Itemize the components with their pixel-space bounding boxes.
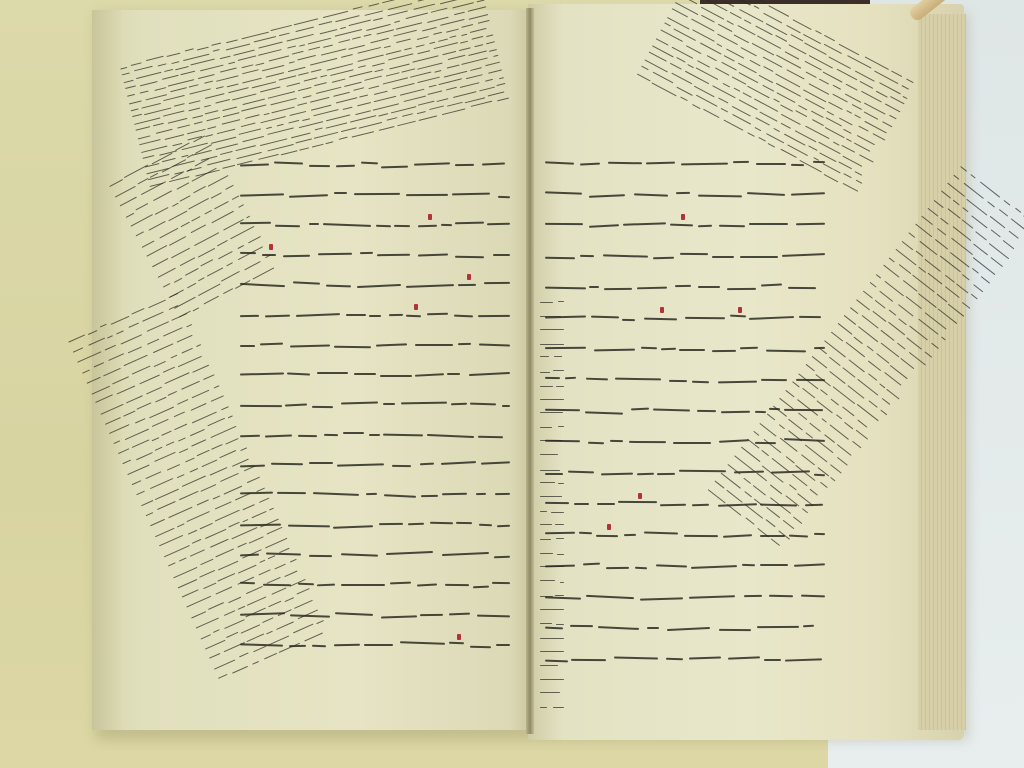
script-word — [445, 583, 469, 585]
marginal-note-word — [164, 372, 189, 384]
marginal-note-word — [144, 107, 171, 115]
marginal-note-word — [224, 642, 246, 652]
marginal-note-word — [427, 16, 448, 22]
marginal-note-word — [556, 538, 564, 539]
marginal-note-word — [188, 198, 209, 210]
script-word — [623, 223, 666, 226]
marginal-note-word — [152, 437, 160, 441]
marginal-note-word — [486, 34, 493, 37]
marginal-note-word — [823, 71, 843, 82]
script-word — [376, 225, 391, 228]
marginal-note-word — [540, 511, 547, 512]
script-word — [614, 656, 658, 659]
marginal-note-word — [289, 111, 306, 116]
rubric-mark — [467, 274, 471, 280]
marginal-note-word — [824, 340, 846, 357]
marginal-note-word — [375, 69, 384, 72]
marginal-note-word — [181, 221, 190, 227]
marginal-note-word — [177, 399, 188, 405]
marginal-note-word — [406, 13, 428, 19]
marginal-note-word — [168, 507, 192, 518]
marginal-note-word — [557, 554, 564, 555]
script-word — [634, 193, 668, 196]
script-word — [624, 533, 636, 535]
script-word — [601, 473, 633, 476]
script-word — [366, 492, 377, 494]
script-word — [383, 403, 395, 405]
script-word — [749, 316, 794, 320]
marginal-note-word — [718, 98, 728, 104]
script-word — [740, 256, 778, 258]
marginal-note-word — [232, 458, 249, 466]
script-word — [354, 193, 400, 195]
marginal-note-word — [860, 81, 874, 89]
marginal-note-word — [291, 51, 303, 55]
marginal-note-word — [656, 38, 669, 46]
marginal-note-word — [442, 109, 466, 116]
script-word — [289, 194, 328, 197]
script-word — [478, 315, 510, 317]
marginal-note-word — [785, 52, 800, 61]
script-word — [603, 255, 648, 258]
marginal-note-word — [311, 69, 321, 72]
script-word — [502, 405, 510, 407]
marginal-note-word — [220, 151, 233, 155]
marginal-note-word — [222, 106, 237, 111]
marginal-note-word — [179, 557, 187, 561]
script-word — [622, 318, 635, 320]
marginal-note-word — [73, 348, 84, 353]
marginal-note-word — [237, 55, 256, 61]
marginal-note-word — [364, 11, 382, 16]
marginal-note-word — [310, 58, 337, 66]
marginal-note-word — [489, 49, 497, 52]
marginal-note-word — [936, 294, 947, 303]
script-word — [580, 162, 601, 165]
marginal-note-word — [242, 70, 259, 75]
marginal-note-word — [928, 273, 942, 285]
marginal-note-word — [118, 449, 129, 455]
marginal-note-word — [136, 491, 144, 495]
script-word — [728, 657, 760, 660]
marginal-note-word — [180, 258, 195, 267]
marginal-note-word — [901, 241, 912, 250]
marginal-note-word — [945, 275, 955, 283]
script-word — [675, 285, 691, 287]
marginal-note-word — [297, 103, 308, 107]
marginal-note-word — [131, 108, 139, 111]
marginal-note-word — [818, 467, 830, 476]
script-word — [364, 644, 393, 646]
marginal-note-word — [454, 12, 465, 16]
marginal-note-word — [157, 501, 176, 510]
marginal-note-word — [108, 353, 124, 361]
marginal-note-word — [195, 232, 220, 246]
marginal-note-word — [896, 248, 917, 265]
marginal-note-word — [779, 398, 794, 410]
marginal-note-word — [841, 145, 855, 153]
script-word — [447, 373, 460, 375]
marginal-note-word — [540, 580, 555, 581]
script-word — [495, 493, 510, 495]
script-word — [586, 595, 634, 599]
marginal-note-word — [825, 127, 845, 138]
marginal-note-word — [956, 283, 968, 293]
marginal-note-word — [258, 49, 282, 56]
marginal-note-word — [738, 63, 757, 74]
marginal-note-word — [340, 27, 347, 30]
marginal-note-word — [146, 386, 161, 393]
marginal-note-word — [136, 452, 153, 460]
marginal-note-word — [846, 110, 852, 114]
marginal-note-word — [909, 352, 926, 366]
marginal-note-word — [773, 406, 787, 417]
marginal-note-word — [169, 235, 187, 245]
marginal-note-word — [262, 65, 285, 72]
script-word — [341, 402, 378, 405]
marginal-note-word — [195, 617, 218, 628]
script-word — [791, 192, 825, 195]
marginal-note-word — [188, 100, 200, 104]
script-word — [240, 435, 260, 437]
marginal-note-word — [854, 142, 871, 151]
marginal-note-word — [105, 345, 117, 351]
marginal-note-word — [389, 63, 410, 69]
marginal-note-word — [786, 389, 795, 396]
marginal-note-word — [824, 44, 843, 55]
marginal-note-word — [268, 55, 289, 61]
marginal-note-word — [285, 570, 298, 577]
marginal-note-word — [132, 480, 142, 485]
marginal-note-word — [100, 404, 123, 415]
marginal-note-word — [349, 44, 365, 49]
marginal-note-word — [235, 145, 256, 151]
marginal-note-word — [189, 89, 211, 95]
marginal-note-word — [150, 478, 174, 489]
marginal-note-word — [723, 83, 730, 87]
script-word — [583, 563, 600, 566]
marginal-note-word — [653, 72, 673, 84]
script-word — [390, 582, 411, 585]
marginal-note-word — [128, 323, 138, 328]
script-word — [589, 194, 625, 198]
marginal-note-word — [447, 102, 462, 107]
marginal-note-word — [730, 12, 743, 19]
marginal-note-word — [753, 431, 759, 436]
marginal-note-word — [169, 293, 178, 298]
script-word — [478, 435, 503, 437]
marginal-note-word — [316, 620, 324, 624]
marginal-note-word — [171, 61, 180, 64]
marginal-note-word — [378, 126, 394, 131]
marginal-note-word — [899, 318, 907, 325]
marginal-note-word — [388, 3, 413, 10]
book-gutter — [526, 8, 534, 734]
script-word — [401, 402, 447, 405]
marginal-note-word — [333, 92, 350, 97]
marginal-note-word — [135, 418, 146, 423]
marginal-note-word — [429, 42, 435, 44]
marginal-note-word — [232, 195, 239, 199]
marginal-note-word — [124, 80, 134, 83]
marginal-note-word — [915, 223, 932, 237]
script-word — [679, 349, 705, 351]
marginal-note-word — [192, 440, 207, 447]
marginal-note-word — [964, 182, 984, 198]
script-word — [679, 470, 726, 473]
marginal-note-word — [296, 138, 312, 143]
marginal-note-word — [308, 38, 331, 45]
marginal-note-word — [192, 167, 217, 181]
marginal-note-word — [1003, 240, 1014, 249]
marginal-note-word — [433, 32, 442, 35]
marginal-note-word — [879, 291, 893, 302]
script-word — [360, 252, 373, 254]
marginal-note-word — [908, 232, 915, 238]
marginal-note-word — [810, 489, 818, 495]
marginal-note-word — [131, 366, 150, 375]
marginal-note-word — [293, 624, 313, 634]
marginal-note-word — [717, 24, 732, 33]
marginal-note-word — [697, 60, 710, 68]
script-word — [570, 625, 593, 627]
marginal-note-word — [218, 573, 236, 582]
marginal-note-word — [812, 356, 828, 369]
marginal-note-word — [138, 178, 148, 184]
marginal-note-word — [829, 424, 849, 440]
marginal-note-word — [210, 136, 236, 143]
script-word — [545, 287, 586, 290]
marginal-note-word — [171, 313, 187, 321]
marginal-note-word — [218, 251, 232, 259]
marginal-note-word — [540, 386, 553, 387]
marginal-note-word — [191, 225, 207, 234]
marginal-note-word — [440, 18, 465, 25]
marginal-note-word — [397, 121, 416, 127]
marginal-note-word — [215, 201, 229, 209]
marginal-note-word — [775, 35, 787, 42]
gutter-margin-column — [540, 300, 564, 720]
marginal-note-word — [239, 653, 248, 658]
marginal-note-word — [178, 437, 186, 441]
marginal-note-word — [707, 489, 725, 503]
marginal-note-word — [553, 707, 564, 708]
script-word — [442, 552, 489, 556]
marginal-note-word — [868, 374, 877, 381]
marginal-note-word — [394, 21, 400, 24]
marginal-note-word — [180, 195, 191, 201]
marginal-note-word — [440, 0, 462, 5]
marginal-note-word — [230, 226, 254, 239]
script-word — [580, 255, 595, 257]
marginal-note-word — [259, 498, 269, 503]
marginal-note-word — [226, 262, 233, 266]
marginal-note-word — [308, 47, 320, 51]
marginal-note-word — [844, 315, 856, 325]
marginal-note-word — [885, 104, 900, 113]
marginal-note-word — [945, 287, 960, 299]
script-word — [288, 525, 330, 528]
marginal-note-word — [812, 119, 824, 126]
marginal-note-word — [721, 108, 728, 112]
marginal-note-word — [298, 610, 318, 620]
script-word — [680, 253, 708, 255]
marginal-note-word — [216, 549, 235, 558]
script-word — [766, 350, 806, 353]
marginal-note-word — [962, 219, 974, 228]
marginal-note-word — [156, 129, 173, 134]
marginal-note-word — [551, 512, 564, 513]
marginal-note-word — [937, 228, 947, 236]
marginal-note-word — [233, 50, 254, 56]
marginal-note-word — [781, 123, 791, 129]
marginal-note-word — [806, 432, 814, 438]
marginal-note-word — [182, 476, 205, 487]
marginal-note-word — [174, 423, 187, 430]
marginal-note-word — [131, 62, 142, 66]
marginal-note-word — [355, 110, 370, 115]
script-word — [406, 194, 448, 196]
marginal-note-word — [388, 53, 414, 60]
marginal-note-word — [146, 512, 153, 516]
marginal-note-word — [220, 68, 237, 73]
marginal-note-word — [858, 126, 869, 132]
script-word — [656, 564, 687, 567]
marginal-note-word — [843, 173, 852, 178]
marginal-note-word — [789, 484, 797, 490]
marginal-note-word — [136, 127, 151, 132]
script-word — [698, 286, 720, 288]
marginal-note-word — [335, 29, 362, 37]
marginal-note-word — [140, 375, 160, 385]
marginal-note-word — [134, 66, 153, 72]
marginal-note-word — [879, 383, 885, 388]
script-word — [647, 627, 659, 629]
marginal-note-word — [696, 95, 718, 107]
marginal-note-word — [742, 92, 751, 98]
script-word — [545, 257, 575, 260]
marginal-note-word — [203, 295, 219, 304]
marginal-note-word — [446, 29, 459, 33]
marginal-note-word — [187, 283, 196, 288]
marginal-note-word — [290, 559, 297, 563]
marginal-note-word — [989, 243, 1009, 259]
marginal-note-word — [382, 0, 395, 3]
script-word — [312, 406, 333, 408]
marginal-note-word — [714, 68, 729, 76]
marginal-note-word — [882, 121, 892, 127]
marginal-note-word — [555, 524, 564, 525]
marginal-note-word — [312, 144, 324, 148]
marginal-note-word — [192, 216, 201, 222]
marginal-note-word — [279, 33, 290, 37]
script-word — [657, 473, 675, 475]
marginal-note-word — [310, 97, 330, 103]
marginal-note-word — [867, 346, 874, 352]
script-word — [334, 644, 360, 647]
marginal-note-word — [142, 103, 162, 109]
marginal-note-word — [226, 39, 238, 43]
script-word — [494, 555, 510, 558]
marginal-note-word — [766, 133, 784, 143]
marginal-note-word — [132, 439, 150, 448]
marginal-note-word — [153, 361, 166, 367]
marginal-note-word — [820, 390, 828, 396]
marginal-note-word — [403, 95, 426, 102]
marginal-note-word — [321, 48, 347, 55]
script-word — [415, 373, 444, 376]
marginal-note-word — [249, 537, 264, 544]
marginal-note-word — [759, 423, 776, 437]
marginal-note-word — [271, 106, 294, 113]
marginal-note-word — [260, 116, 285, 123]
marginal-note-word — [224, 619, 245, 629]
script-word — [493, 254, 510, 256]
script-word — [458, 342, 471, 344]
marginal-note-word — [932, 343, 939, 349]
marginal-note-word — [703, 109, 719, 118]
marginal-note-word — [888, 322, 905, 336]
script-word — [796, 223, 825, 226]
marginal-note-word — [161, 430, 171, 435]
marginal-note-word — [941, 190, 951, 198]
marginal-note-word — [378, 113, 388, 116]
script-word — [479, 524, 492, 526]
marginal-note-word — [687, 64, 694, 68]
marginal-note-word — [350, 115, 376, 122]
script-word — [240, 373, 284, 376]
marginal-note-word — [438, 39, 448, 42]
marginal-note-word — [341, 127, 357, 132]
marginal-note-word — [208, 602, 224, 610]
script-word — [692, 380, 709, 383]
marginal-note-word — [727, 490, 743, 503]
script-word — [666, 658, 683, 660]
marginal-note-word — [429, 106, 443, 111]
marginal-note-word — [112, 376, 129, 384]
marginal-note-word — [173, 142, 183, 145]
marginal-note-word — [233, 94, 257, 101]
marginal-note-word — [175, 66, 188, 70]
marginal-note-word — [237, 605, 245, 609]
marginal-note-word — [836, 415, 842, 420]
marginal-note-word — [170, 355, 178, 359]
script-word — [756, 163, 786, 165]
marginal-note-word — [242, 136, 263, 142]
marginal-note-word — [928, 208, 939, 217]
marginal-note-word — [267, 577, 281, 584]
marginal-note-word — [829, 371, 845, 384]
marginal-note-word — [836, 69, 857, 81]
marginal-note-word — [744, 503, 763, 518]
marginal-note-word — [428, 85, 436, 88]
script-word — [430, 522, 453, 524]
marginal-note-word — [758, 137, 766, 142]
script-word — [394, 225, 410, 227]
marginal-note-word — [336, 97, 358, 103]
marginal-note-word — [1011, 218, 1024, 231]
marginal-note-word — [493, 55, 498, 57]
marginal-note-word — [288, 61, 294, 63]
marginal-note-word — [789, 44, 807, 54]
marginal-note-word — [676, 57, 685, 62]
rubric-mark — [269, 244, 273, 250]
marginal-note-word — [136, 71, 161, 78]
rubric-mark — [738, 307, 742, 313]
marginal-note-word — [824, 434, 835, 443]
script-word — [309, 165, 330, 167]
marginal-note-word — [215, 586, 232, 594]
